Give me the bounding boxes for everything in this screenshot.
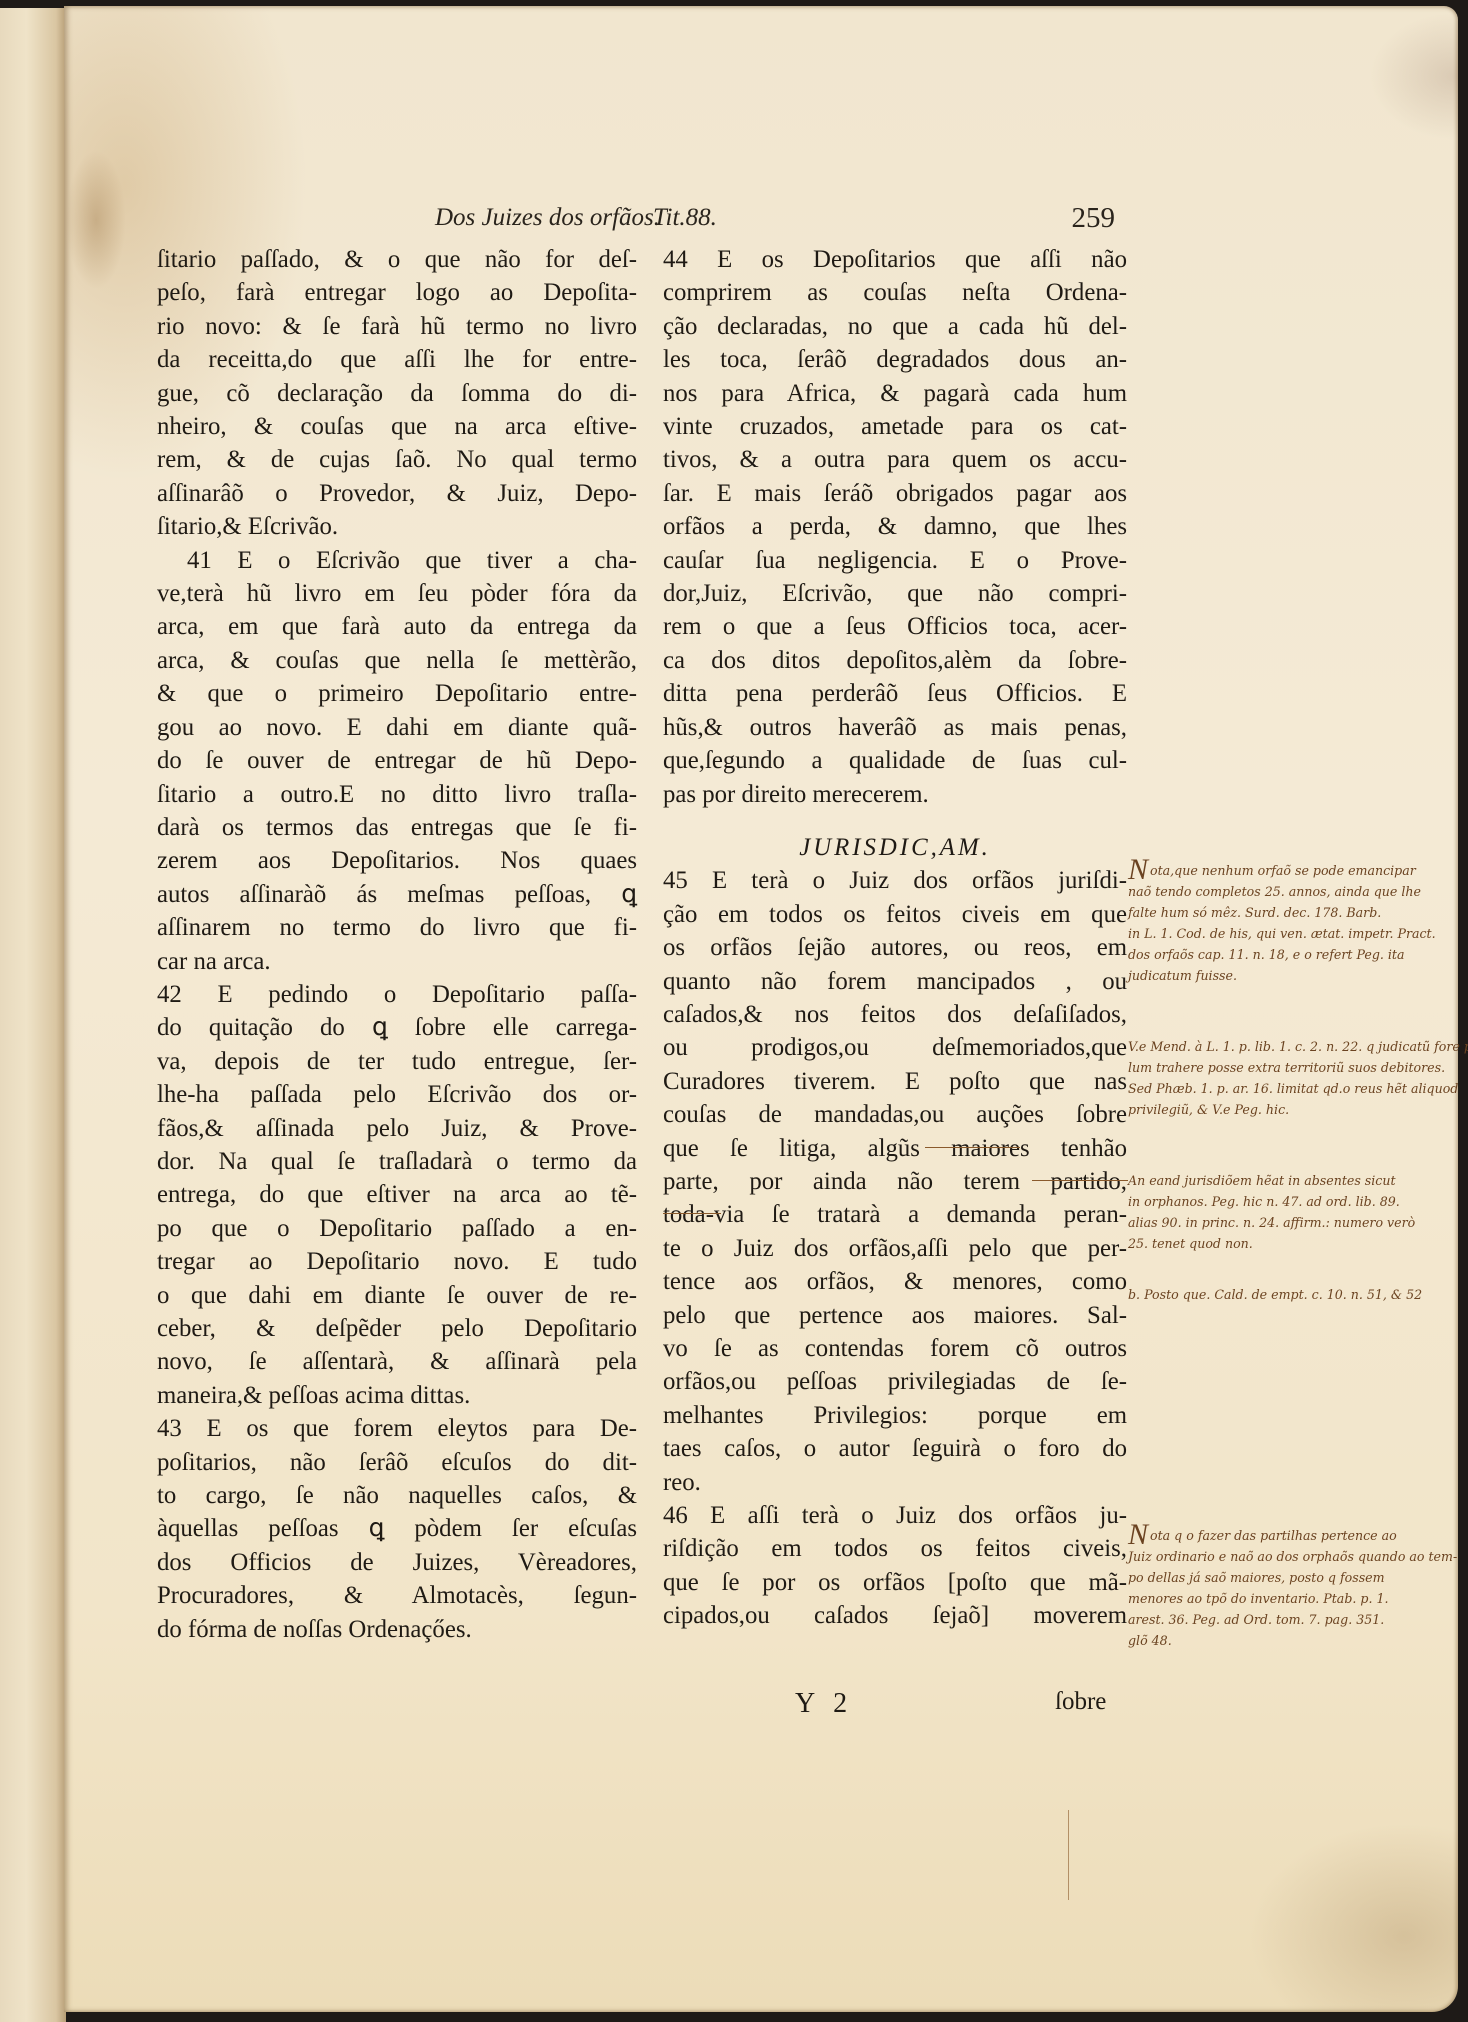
text-line: maneira,& peſſoas acima dittas. xyxy=(157,1379,637,1412)
ink-underline-tenhao xyxy=(1032,1180,1128,1181)
text-line: dor. Na qual ſe traſladarà o termo da xyxy=(157,1145,637,1178)
text-line: que ſe por os orfãos [poſto que mã- xyxy=(663,1566,1127,1599)
signature-mark: Y 2 xyxy=(795,1688,853,1720)
text-line: rem, & de cujas ſaõ. No qual termo xyxy=(157,443,637,476)
text-line: gou ao novo. E dahi em diante quã- xyxy=(157,711,637,744)
text-line: car na arca. xyxy=(157,945,637,978)
text-line: po que o Depoſitario paſſado a en- xyxy=(157,1212,637,1245)
paragraph-45-start: 45 E terà o Juiz dos orfãos juriſdi- xyxy=(663,864,1127,897)
marginal-note-emancipation: Nota,que nenhum orfaõ se pode emancipar … xyxy=(1128,860,1436,986)
text-line: rem o que a ſeus Officios toca, acer- xyxy=(663,610,1127,643)
text-line: comprirem as couſas neſta Ordena- xyxy=(663,276,1127,309)
text-line: ção em todos os feitos civeis em que xyxy=(663,898,1127,931)
text-line: do fórma de noſſas Ordenaçőes. xyxy=(157,1613,637,1646)
text-line: Procuradores, & Almotacès, ſegun- xyxy=(157,1579,637,1612)
text-line: quanto não forem mancipados , ou xyxy=(663,965,1127,998)
text-line: nos para Africa, & pagarà cada hum xyxy=(663,377,1127,410)
text-line: o que dahi em diante ſe ouver de re- xyxy=(157,1279,637,1312)
text-line: darà os termos das entregas que ſe fi- xyxy=(157,811,637,844)
text-line: vinte cruzados, ametade para os cat- xyxy=(663,410,1127,443)
marginal-note-mendes: V.e Mend. à L. 1. p. lib. 1. c. 2. n. 22… xyxy=(1128,1036,1468,1120)
text-line: ditta pena perderâõ ſeus Officios. E xyxy=(663,677,1127,710)
ink-stroke xyxy=(1068,1810,1069,1900)
text-line: dor,Juiz, Eſcrivão, que não compri- xyxy=(663,577,1127,610)
text-line: arca, & couſas que nella ſe mettèrão, xyxy=(157,644,637,677)
running-head: Dos Juizes dos orfãos. Tit.88. 259 xyxy=(435,204,1115,238)
text-line: ſar. E mais ſeráõ obrigados pagar aos xyxy=(663,477,1127,510)
running-head-title: Dos Juizes dos orfãos. xyxy=(435,204,660,232)
text-line: autos aſſinaràõ ás meſmas peſſoas, ꝗ xyxy=(157,878,637,911)
text-line: caſados,& nos feitos dos deſaſiſados, xyxy=(663,998,1127,1031)
paragraph-41-start: 41 E o Eſcrivão que tiver a cha- xyxy=(157,544,637,577)
text-line: te o Juiz dos orfãos,aſſi pelo que per- xyxy=(663,1232,1127,1265)
text-line: rio novo: & ſe farà hũ termo no livro xyxy=(157,310,637,343)
running-head-titulo: Tit.88. xyxy=(653,204,717,232)
text-line: do ſe ouver de entregar de hũ Depo- xyxy=(157,744,637,777)
marginal-note-partilhas: Nota q o fazer das partilhas pertence ao… xyxy=(1128,1525,1457,1651)
text-line: orfãos,ou peſſoas privilegiadas de ſe- xyxy=(663,1365,1127,1398)
text-line: zerem aos Depoſitarios. Nos quaes xyxy=(157,844,637,877)
text-line: couſas de mandadas,ou auções ſobre xyxy=(663,1098,1127,1131)
text-line: pelo que pertence aos maiores. Sal- xyxy=(663,1299,1127,1332)
text-line: nheiro, & couſas que na arca eſtive- xyxy=(157,410,637,443)
text-line: os orfãos ſejão autores, ou reos, em xyxy=(663,931,1127,964)
text-line: toda-via ſe tratarà a demanda peran- xyxy=(663,1198,1127,1231)
page-number: 259 xyxy=(1072,202,1116,235)
text-line: reo. xyxy=(663,1466,1127,1499)
marginal-note-posto-que: b. Posto que. Cald. de empt. c. 10. n. 5… xyxy=(1128,1284,1422,1305)
text-line: vo ſe as contendas forem cõ outros xyxy=(663,1332,1127,1365)
paragraph-44-start: 44 E os Depoſitarios que aſſi não xyxy=(663,243,1127,276)
text-line: ou prodigos,ou deſmemoriados,que xyxy=(663,1031,1127,1064)
text-line: peſo, farà entregar logo ao Depoſita- xyxy=(157,276,637,309)
paragraph-42-start: 42 E pedindo o Depoſitario paſſa- xyxy=(157,978,637,1011)
text-line: ſitario paſſado, & o que não for deſ- xyxy=(157,243,637,276)
ink-underline-parte xyxy=(663,1213,721,1214)
text-line: tivos, & a outra para quem os accu- xyxy=(663,443,1127,476)
text-line: pas por direito merecerem. xyxy=(663,778,1127,811)
text-line: cauſar ſua negligencia. E o Prove- xyxy=(663,544,1127,577)
text-line: poſitarios, não ſerâõ eſcuſos do dit- xyxy=(157,1446,637,1479)
text-line: que ſe litiga, algũs maiores tenhão xyxy=(663,1132,1127,1165)
text-line: hũs,& outros haverâõ as mais penas, xyxy=(663,711,1127,744)
text-line: va, depois de ter tudo entregue, ſer- xyxy=(157,1045,637,1078)
text-line: parte, por ainda não terem partido, xyxy=(663,1165,1127,1198)
text-line: taes caſos, o autor ſeguirà o foro do xyxy=(663,1432,1127,1465)
text-line: cipados,ou caſados ſejaõ] moverem xyxy=(663,1599,1127,1632)
text-line: ceber, & deſpẽder pelo Depoſitario xyxy=(157,1312,637,1345)
text-line: entrega, do que eſtiver na arca ao tẽ- xyxy=(157,1178,637,1211)
text-line: ca dos ditos depoſitos,alèm da ſobre- xyxy=(663,644,1127,677)
text-line: dos Officios de Juizes, Vèreadores, xyxy=(157,1546,637,1579)
text-line: aſſinarem no termo do livro que fi- xyxy=(157,911,637,944)
text-line: que,ſegundo a qualidade de ſuas cul- xyxy=(663,744,1127,777)
text-line: & que o primeiro Depoſitario entre- xyxy=(157,677,637,710)
text-line: fãos,& aſſinada pelo Juiz, & Prove- xyxy=(157,1112,637,1145)
text-line: gue, cõ declaração da ſomma do di- xyxy=(157,377,637,410)
text-line: ve,terà hũ livro em ſeu pòder fóra da xyxy=(157,577,637,610)
left-text-column: ſitario paſſado, & o que não for deſ- pe… xyxy=(157,243,637,1646)
text-line: lhe-ha paſſada pelo Eſcrivão dos or- xyxy=(157,1078,637,1111)
text-line: ção declaradas, no que a cada hũ del- xyxy=(663,310,1127,343)
text-line: Curadores tiverem. E poſto que nas xyxy=(663,1065,1127,1098)
text-line: tence aos orfãos, & menores, como xyxy=(663,1265,1127,1298)
text-line: orfãos a perda, & damno, que lhes xyxy=(663,510,1127,543)
text-line: arca, em que farà auto da entrega da xyxy=(157,610,637,643)
text-line: àquellas peſſoas ꝗ pòdem ſer eſcuſas xyxy=(157,1512,637,1545)
text-line: ſitario a outro.E no ditto livro traſla- xyxy=(157,778,637,811)
paragraph-46-start: 46 E aſſi terà o Juiz dos orfãos ju- xyxy=(663,1499,1127,1532)
text-line: melhantes Privilegios: porque em xyxy=(663,1399,1127,1432)
text-line: da receitta,do que aſſi lhe for entre- xyxy=(157,343,637,376)
facing-page-edge xyxy=(0,8,66,2022)
text-line: to cargo, ſe não naquelles caſos, & xyxy=(157,1479,637,1512)
catchword: ſobre xyxy=(1055,1688,1106,1716)
text-line: aſſinarâõ o Provedor, & Juiz, Depo- xyxy=(157,477,637,510)
text-line: ſitario,& Eſcrivão. xyxy=(157,510,637,543)
text-line: do quitação do ꝗ ſobre elle carrega- xyxy=(157,1011,637,1044)
marginal-note-jurisdiction-absentes: An eand jurisdiõem hẽat in absentes sicu… xyxy=(1128,1170,1415,1254)
water-stain xyxy=(66,150,126,290)
paragraph-43-start: 43 E os que forem eleytos para De- xyxy=(157,1412,637,1445)
section-heading: JURISDIC,AM. xyxy=(663,831,1127,864)
text-line: novo, ſe aſſentarà, & aſſinarà pela xyxy=(157,1345,637,1378)
ink-underline-e-posto xyxy=(925,1147,1020,1148)
text-line: riſdição em todos os feitos civeis, xyxy=(663,1532,1127,1565)
text-line: tregar ao Depoſitario novo. E tudo xyxy=(157,1245,637,1278)
right-text-column: 44 E os Depoſitarios que aſſi não compri… xyxy=(663,243,1127,1633)
text-line: les toca, ſerâõ degradados dous an- xyxy=(663,343,1127,376)
